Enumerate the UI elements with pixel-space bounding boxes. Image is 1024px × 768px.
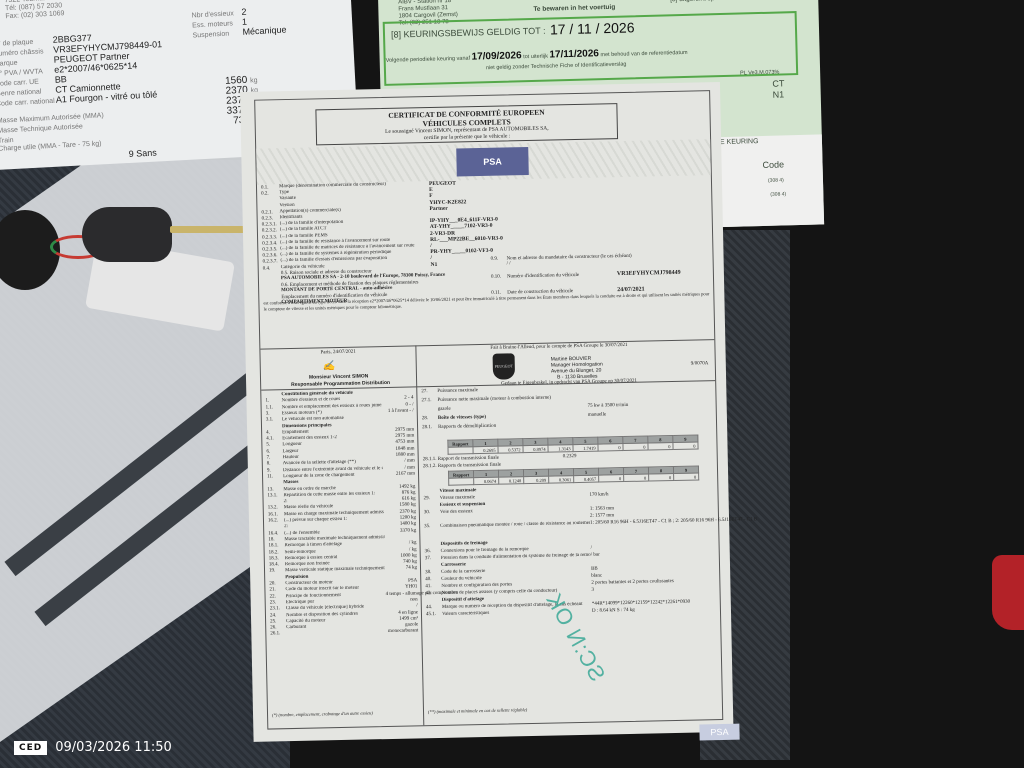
weight-label-mta: Masse Technique Autorisée — [0, 123, 83, 134]
camera-timestamp-overlay: CED 09/03/2026 11:50 — [14, 740, 172, 755]
signature-icon: ✍ — [323, 361, 336, 372]
left-specifications: Constitution générale du véhicule1.Nombr… — [255, 91, 709, 101]
code-value: (308 4) — [768, 177, 784, 183]
gear-ratio-value: 0.1248 — [499, 477, 524, 485]
gear-ratio-value: 0.8974 — [523, 445, 548, 453]
psa-logo-icon: PSA — [456, 147, 529, 177]
certificate-header: CERTIFICAT DE CONFORMITÉ EUROPEEN VÉHICU… — [315, 103, 618, 145]
gear-ratio-value: 0 — [598, 444, 623, 452]
certificate-of-conformity: CERTIFICAT DE CONFORMITÉ EUROPEEN VÉHICU… — [240, 82, 734, 742]
gear-ratio-value: 0 — [648, 443, 673, 451]
car-key-fob — [82, 207, 172, 262]
gear-ratio-value: 0.2695 — [473, 446, 498, 454]
peugeot-lion-logo-icon: PEUGEOT — [493, 353, 516, 379]
gear-ratio-value: 0.0674 — [474, 477, 499, 485]
final-drive-ratio-table: Rapport1234567890.06740.12480.2090.30610… — [448, 465, 699, 485]
signature-place-date: Paris, 24/07/2021 — [320, 350, 355, 356]
gear-ratio-table: Rapport1234567890.26950.53720.89741.3143… — [447, 434, 698, 454]
weight-label-mma: Masse Maximum Autorisée (MMA) — [0, 112, 104, 125]
label-payload: Charge utile (MMA - Tare - 75 kg) — [0, 140, 102, 152]
psa-footer-logo-icon: PSA — [699, 724, 739, 741]
label-train: Train — [0, 137, 14, 145]
certificate-right-fields: 0.9.Nom et adresse du mandataire du cons… — [255, 91, 709, 101]
spec-row: gazole75 kw à 3500 tr/min — [422, 403, 629, 412]
next-inspection-line: Volgende periodieke keuring vanaf 17/09/… — [386, 46, 688, 65]
spec-row: 27.Puissance maximale — [421, 386, 587, 394]
spec-row: 27.1.Puissance nette maximale (moteur à … — [421, 395, 587, 403]
gear-ratio-value: 0 — [599, 475, 624, 483]
inspection-code-table: DE KEURING Code (308 4) (308 4) — [707, 134, 824, 227]
gear-ratio-value: 0 — [674, 473, 699, 481]
certificate-fields: 0.1.Marque (dénomination commerciale du … — [255, 91, 709, 101]
code-value: (308 4) — [770, 191, 786, 197]
photo-timestamp: 09/03/2026 11:50 — [55, 740, 172, 755]
validity-box: [8] KEURINGSBEWIJS GELDIG TOT : 17 / 11 … — [383, 11, 799, 86]
gear-ratio-value: 0.4057 — [574, 475, 599, 483]
gear-ratio-value: 0 — [649, 474, 674, 482]
footnote-2: (**) (maximale et minimale en cas de sel… — [428, 707, 527, 714]
right-specifications-2: Vitesse maximale29.Vitesse maximale170 k… — [255, 91, 709, 101]
gear-ratio-value: 0 — [623, 443, 648, 451]
gear-ratio-value: 0 — [673, 442, 698, 450]
right-specifications: 27.Puissance maximale27.1.Puissance nett… — [255, 91, 709, 101]
gear-ratio-value: 0.5372 — [498, 446, 523, 454]
footer-seats: 9 Sans — [129, 148, 158, 159]
section-label: DE KEURING — [715, 138, 759, 146]
signatory-name: Monsieur Vincent SIMON — [309, 373, 368, 380]
final-drive-value: 0.2329 — [563, 454, 577, 459]
gear-ratio-value: 1.3143 — [548, 445, 573, 453]
code-n1: N1 — [773, 89, 785, 99]
gear-ratio-value: 0 — [624, 474, 649, 482]
gear-ratio-value: 0.209 — [524, 476, 549, 484]
code-header: Code — [762, 159, 784, 170]
issued-label: [3] uitgereikt op — [670, 0, 715, 3]
spec-row: 28.1.Rapports de démultiplication — [422, 422, 588, 430]
code-ct: CT — [772, 78, 784, 88]
valid-until-label: [8] KEURINGSBEWIJS GELDIG TOT : — [391, 26, 546, 40]
red-object — [992, 555, 1024, 630]
spec-row: 0.10.Numéro d'identification du véhicule… — [491, 270, 681, 280]
invalid-note: niet geldig zonder Technische Fiche of I… — [486, 62, 627, 72]
valid-until-date: 17 / 11 / 2026 — [550, 19, 635, 37]
gear-ratio-value: 0.3061 — [549, 476, 574, 484]
spec-row: 28.Boîte de vitesses (type)manuelle — [422, 412, 606, 421]
category-ref: PL Ve3.M.073% — [740, 70, 779, 77]
final-drive-ratios-label: 28.1.2. Rapports de transmission finale — [423, 463, 501, 470]
ced-badge-icon: CED — [14, 741, 47, 755]
spec-row: 0.9.Nom et adresse du mandataire du cons… — [490, 251, 706, 267]
keep-notice: Te bewaren in het voertuig — [533, 4, 615, 13]
gear-ratio-value: 1.7419 — [573, 444, 598, 452]
final-drive-label: 28.1.1. Rapport de transmission finale — [423, 456, 499, 463]
document-ref: 9/0070A — [691, 361, 709, 366]
footnote-1: (*) (nombre, emplacement, crabotage d'un… — [272, 710, 373, 717]
